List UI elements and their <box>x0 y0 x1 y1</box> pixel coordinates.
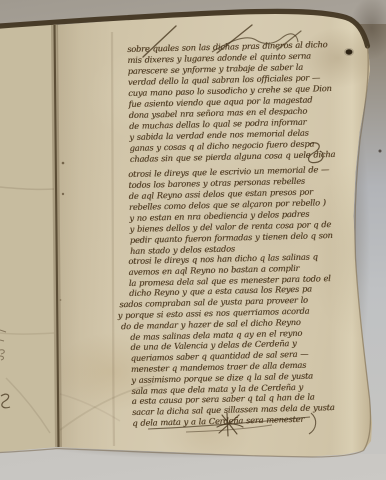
manuscript-text-block: sobre quales son las dichas pras dineros… <box>127 38 365 443</box>
manuscript-paragraph-2: otrosi le direys que le escrivio un memo… <box>128 164 333 257</box>
manuscript-photo: sobre quales son las dichas pras dineros… <box>0 0 386 480</box>
manuscript-paragraph-1: sobre quales son las dichas pras dineros… <box>127 39 335 165</box>
manuscript-paragraph-3: otrosi le direys q nos han dicho q las s… <box>128 251 335 429</box>
